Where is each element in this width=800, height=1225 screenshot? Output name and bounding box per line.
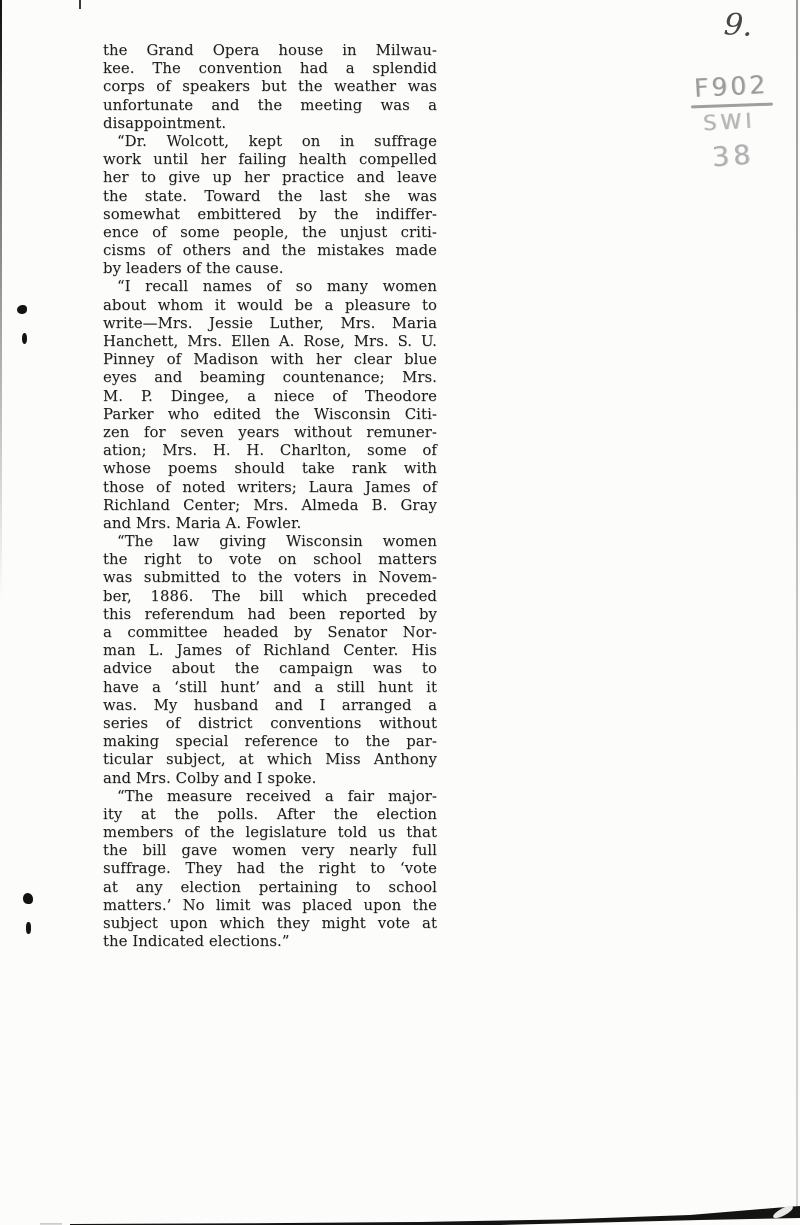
text-line: the state. Toward the last she was <box>103 188 437 206</box>
text-line: “The law giving Wisconsin women <box>103 533 437 551</box>
text-line: matters.’ No limit was placed upon the <box>103 897 437 915</box>
text-line: kee. The convention had a splendid <box>103 60 437 78</box>
ink-speck <box>17 305 27 314</box>
text-line: by leaders of the cause. <box>103 260 437 278</box>
text-line: “Dr. Wolcott, kept on in suffrage <box>103 133 437 151</box>
paragraph: “Dr. Wolcott, kept on in suffragework un… <box>103 133 437 279</box>
text-line: and Mrs. Colby and I spoke. <box>103 770 437 788</box>
text-line: a committee headed by Senator Nor- <box>103 624 437 642</box>
text-line: was. My husband and I arranged a <box>103 697 437 715</box>
text-line: the Indicated elections.” <box>103 933 437 951</box>
article-column: the Grand Opera house in Milwau-kee. The… <box>103 42 437 951</box>
text-line: ity at the polls. After the election <box>103 806 437 824</box>
text-line: disappointment. <box>103 115 437 133</box>
paragraph: the Grand Opera house in Milwau-kee. The… <box>103 42 437 133</box>
text-line: ation; Mrs. H. H. Charlton, some of <box>103 442 437 460</box>
text-line: eyes and beaming countenance; Mrs. <box>103 369 437 387</box>
text-line: suffrage. They had the right to ‘vote <box>103 860 437 878</box>
text-line: series of district conventions without <box>103 715 437 733</box>
text-line: work until her failing health compelled <box>103 151 437 169</box>
ink-speck <box>26 922 31 934</box>
text-line: “The measure received a fair major- <box>103 788 437 806</box>
page-bottom-edge-shadow <box>0 1195 800 1225</box>
text-line: have a ‘still hunt’ and a still hunt it <box>103 679 437 697</box>
text-line: those of noted writers; Laura James of <box>103 479 437 497</box>
text-line: the right to vote on school matters <box>103 551 437 569</box>
ink-speck <box>23 893 33 904</box>
text-line: ticular subject, at which Miss Anthony <box>103 751 437 769</box>
text-line: subject upon which they might vote at <box>103 915 437 933</box>
text-line: and Mrs. Maria A. Fowler. <box>103 515 437 533</box>
scan-edge-artifact-right <box>796 0 798 1208</box>
text-line: Parker who edited the Wisconsin Citi- <box>103 406 437 424</box>
text-line: write—Mrs. Jessie Luther, Mrs. Maria <box>103 315 437 333</box>
text-line: corps of speakers but the weather was <box>103 78 437 96</box>
text-line: members of the legislature told us that <box>103 824 437 842</box>
paragraph: “The measure received a fair major-ity a… <box>103 788 437 952</box>
handwritten-page-number: 9. <box>723 7 754 44</box>
paragraph: “The law giving Wisconsin womenthe right… <box>103 533 437 788</box>
text-line: whose poems should take rank with <box>103 460 437 478</box>
text-line: Pinney of Madison with her clear blue <box>103 351 437 369</box>
text-line: this referendum had been reported by <box>103 606 437 624</box>
text-line: unfortunate and the meeting was a <box>103 97 437 115</box>
pencil-call-number: F902 <box>693 70 769 103</box>
text-line: Hanchett, Mrs. Ellen A. Rose, Mrs. S. U. <box>103 333 437 351</box>
text-line: zen for seven years without remuner- <box>103 424 437 442</box>
pencil-series-mark: SWI <box>702 109 755 136</box>
text-line: at any election pertaining to school <box>103 879 437 897</box>
text-line: M. P. Dingee, a niece of Theodore <box>103 388 437 406</box>
text-line: man L. James of Richland Center. His <box>103 642 437 660</box>
pencil-underline <box>691 103 773 109</box>
pencil-number-mark: 38 <box>711 140 755 174</box>
text-line: somewhat embittered by the indiffer- <box>103 206 437 224</box>
text-line: making special reference to the par- <box>103 733 437 751</box>
text-line: cisms of others and the mistakes made <box>103 242 437 260</box>
paragraph: “I recall names of so many womenabout wh… <box>103 278 437 533</box>
scan-edge-artifact-left <box>0 0 2 600</box>
text-line: Richland Center; Mrs. Almeda B. Gray <box>103 497 437 515</box>
text-line: was submitted to the voters in Novem- <box>103 569 437 587</box>
text-line: the bill gave women very nearly full <box>103 842 437 860</box>
scanned-page: the Grand Opera house in Milwau-kee. The… <box>0 0 800 1225</box>
text-line: advice about the campaign was to <box>103 660 437 678</box>
text-line: the Grand Opera house in Milwau- <box>103 42 437 60</box>
text-line: “I recall names of so many women <box>103 278 437 296</box>
text-line: her to give up her practice and leave <box>103 169 437 187</box>
text-line: about whom it would be a pleasure to <box>103 297 437 315</box>
text-line: ber, 1886. The bill which preceded <box>103 588 437 606</box>
ink-speck <box>22 333 27 344</box>
scan-edge-artifact-top-tick <box>79 0 81 9</box>
text-line: ence of some people, the unjust criti- <box>103 224 437 242</box>
